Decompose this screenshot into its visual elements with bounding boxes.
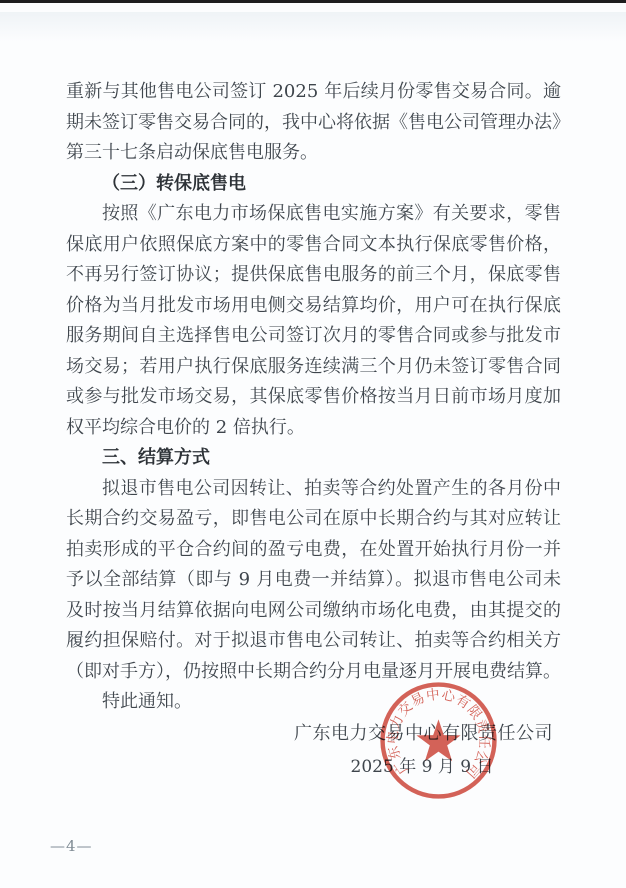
scan-band-artifact: [0, 12, 626, 42]
section-heading-settlement: 三、结算方式: [66, 443, 561, 474]
scan-edge-artifact: [0, 0, 626, 3]
page-number: —4—: [50, 837, 93, 855]
official-seal: 广东电力交易中心有限责任公司: [377, 679, 500, 802]
seal-star-icon: [416, 719, 460, 761]
document-body: 重新与其他售电公司签订 2025 年后续月份零售交易合同。逾期未签订零售交易合同…: [66, 77, 561, 718]
document-page: 重新与其他售电公司签订 2025 年后续月份零售交易合同。逾期未签订零售交易合同…: [0, 0, 626, 888]
paragraph-baodi-rules: 按照《广东电力市场保底售电实施方案》有关要求，零售保底用户依照保底方案中的零售合…: [66, 199, 561, 443]
paragraph-retail-contract: 重新与其他售电公司签订 2025 年后续月份零售交易合同。逾期未签订零售交易合同…: [66, 77, 561, 169]
section-heading-baodi-shoudian: （三）转保底售电: [66, 169, 561, 200]
paragraph-settlement-rules: 拟退市售电公司因转让、拍卖等合约处置产生的各月份中长期合约交易盈亏，即售电公司在…: [66, 474, 561, 688]
